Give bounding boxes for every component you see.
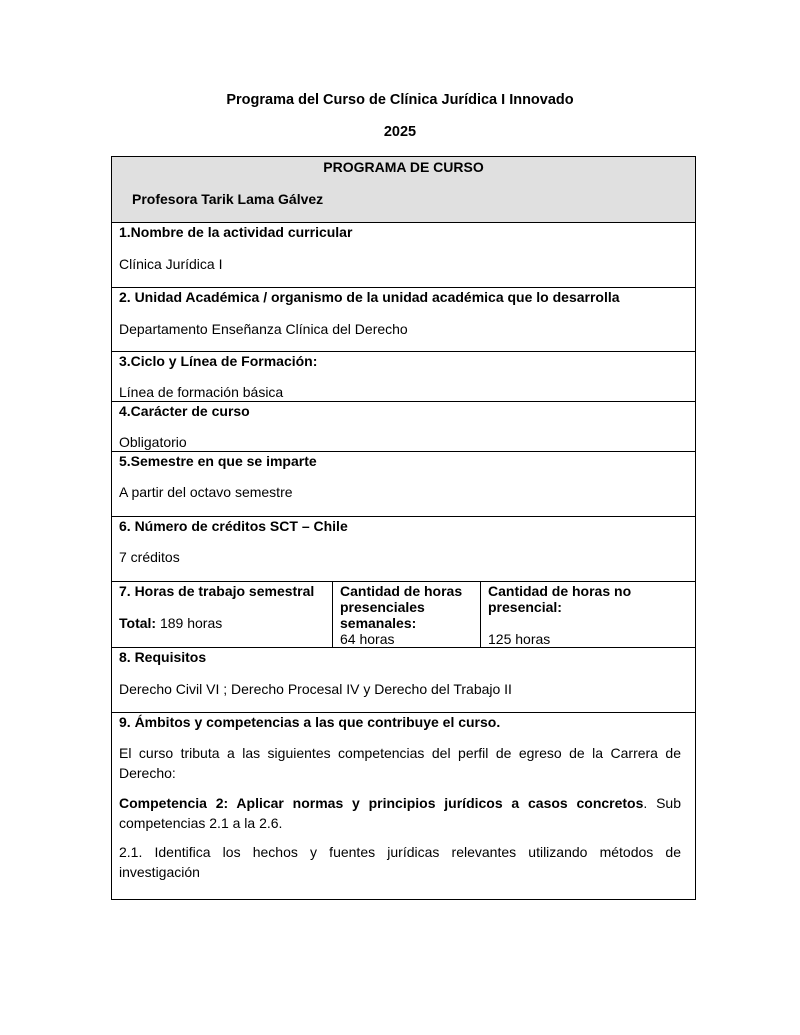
total-value: 189 horas [156,615,222,631]
section-academic-unit: 2. Unidad Académica / organismo de la un… [112,287,695,351]
course-program-table: PROGRAMA DE CURSO Profesora Tarik Lama G… [111,156,696,900]
section-label: 9. Ámbitos y competencias a las que cont… [119,714,500,730]
hours-label: 7. Horas de trabajo semestral [119,583,314,599]
competency-2: Competencia 2: Aplicar normas y principi… [119,793,681,833]
section-value: Derecho Civil VI ; Derecho Procesal IV y… [119,681,512,697]
section-label: 8. Requisitos [119,649,206,665]
section-value: Línea de formación básica [119,384,283,400]
presencial-value: 64 horas [340,631,394,647]
section-requirements: 8. Requisitos Derecho Civil VI ; Derecho… [112,647,695,712]
section-semester: 5.Semestre en que se imparte A partir de… [112,451,695,516]
section-label: 1.Nombre de la actividad curricular [119,224,352,240]
section-value: Clínica Jurídica I [119,256,222,272]
hours-presencial-cell: Cantidad de horas presenciales semanales… [332,582,480,647]
section-hours: 7. Horas de trabajo semestral Total: 189… [112,581,695,647]
hours-total: Total: 189 horas [119,615,222,631]
no-presencial-value: 125 horas [488,631,550,647]
section-value: A partir del octavo semestre [119,484,293,500]
section-course-name: 1.Nombre de la actividad curricular Clín… [112,222,695,287]
section-value: 7 créditos [119,549,180,565]
sub-competency-2-1: 2.1. Identifica los hechos y fuentes jur… [119,842,681,882]
section-cycle-line: 3.Ciclo y Línea de Formación: Línea de f… [112,351,695,401]
section-credits: 6. Número de créditos SCT – Chile 7 créd… [112,516,695,581]
presencial-label: Cantidad de horas presenciales semanales… [340,583,470,631]
section-label: 6. Número de créditos SCT – Chile [119,518,348,534]
competency-2-title: Competencia 2: Aplicar normas y principi… [119,795,643,811]
section-label: 2. Unidad Académica / organismo de la un… [119,289,620,305]
document-title: Programa del Curso de Clínica Jurídica I… [0,92,800,108]
table-header: PROGRAMA DE CURSO Profesora Tarik Lama G… [112,157,695,222]
section-value: Departamento Enseñanza Clínica del Derec… [119,321,408,337]
section-competencies: 9. Ámbitos y competencias a las que cont… [112,712,695,899]
competencies-intro: El curso tributa a las siguientes compet… [119,743,681,783]
total-label: Total: [119,615,156,631]
section-label: 4.Carácter de curso [119,403,250,419]
section-value: Obligatorio [119,434,187,450]
professor-name: Profesora Tarik Lama Gálvez [132,191,323,207]
no-presencial-label: Cantidad de horas no presencial: [488,583,648,615]
hours-no-presencial-cell: Cantidad de horas no presencial: 125 hor… [480,582,695,647]
table-heading: PROGRAMA DE CURSO [112,159,695,175]
section-label: 3.Ciclo y Línea de Formación: [119,353,317,369]
section-label: 5.Semestre en que se imparte [119,453,317,469]
section-course-character: 4.Carácter de curso Obligatorio [112,401,695,451]
document-year: 2025 [0,124,800,140]
hours-total-cell: 7. Horas de trabajo semestral Total: 189… [112,582,332,647]
